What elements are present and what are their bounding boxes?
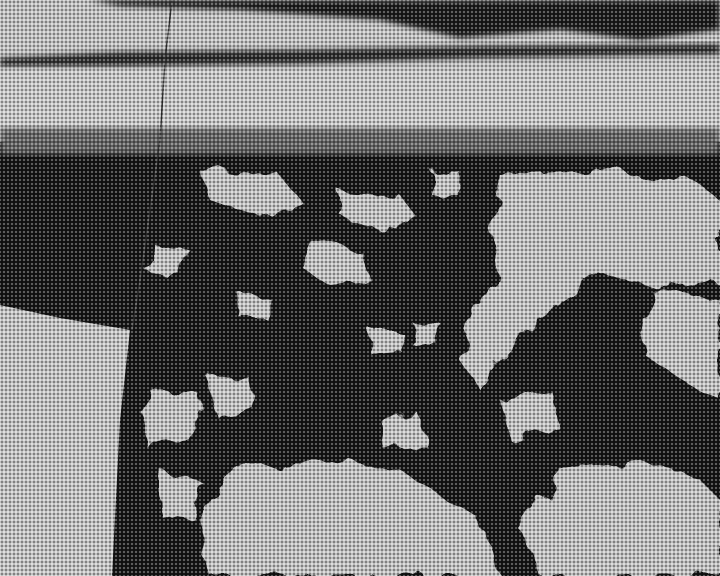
halftone-photograph [0, 0, 720, 576]
pale-panel [0, 305, 130, 576]
photo-artwork [0, 0, 720, 576]
